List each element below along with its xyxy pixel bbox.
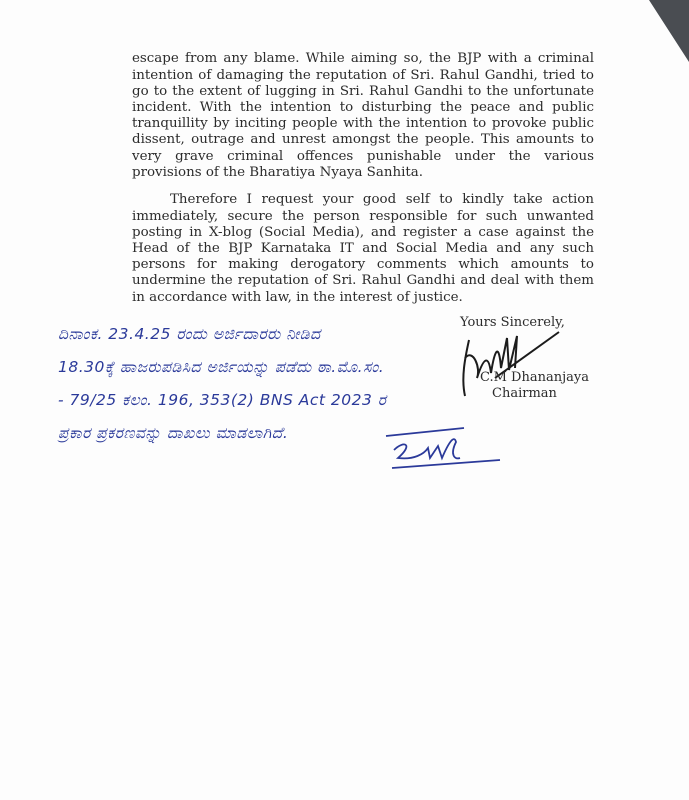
handwritten-line: ದಿನಾಂಕ. 23.4.25 ರಂದು ಅರ್ಜಿದಾರರು ನೀಡಿದ: [58, 318, 478, 351]
signer-title: Chairman: [480, 386, 589, 402]
officer-signature: [384, 424, 504, 484]
handwritten-line: - 79/25 ಕಲಂ. 196, 353(2) BNS Act 2023 ರ: [58, 384, 478, 417]
handwritten-line: 18.30ಕ್ಕೆ ಹಾಜರುಪಡಿಸಿದ ಅರ್ಜಿಯನ್ನು ಪಡೆದು ಠ…: [58, 351, 478, 384]
letter-paragraph-2: Therefore I request your good self to ki…: [132, 192, 594, 305]
page-corner-shadow: [649, 0, 689, 62]
signer-block: C.M Dhananjaya Chairman: [480, 370, 589, 402]
signer-name: C.M Dhananjaya: [480, 370, 589, 386]
letter-paragraph-1: escape from any blame. While aiming so, …: [132, 51, 594, 181]
